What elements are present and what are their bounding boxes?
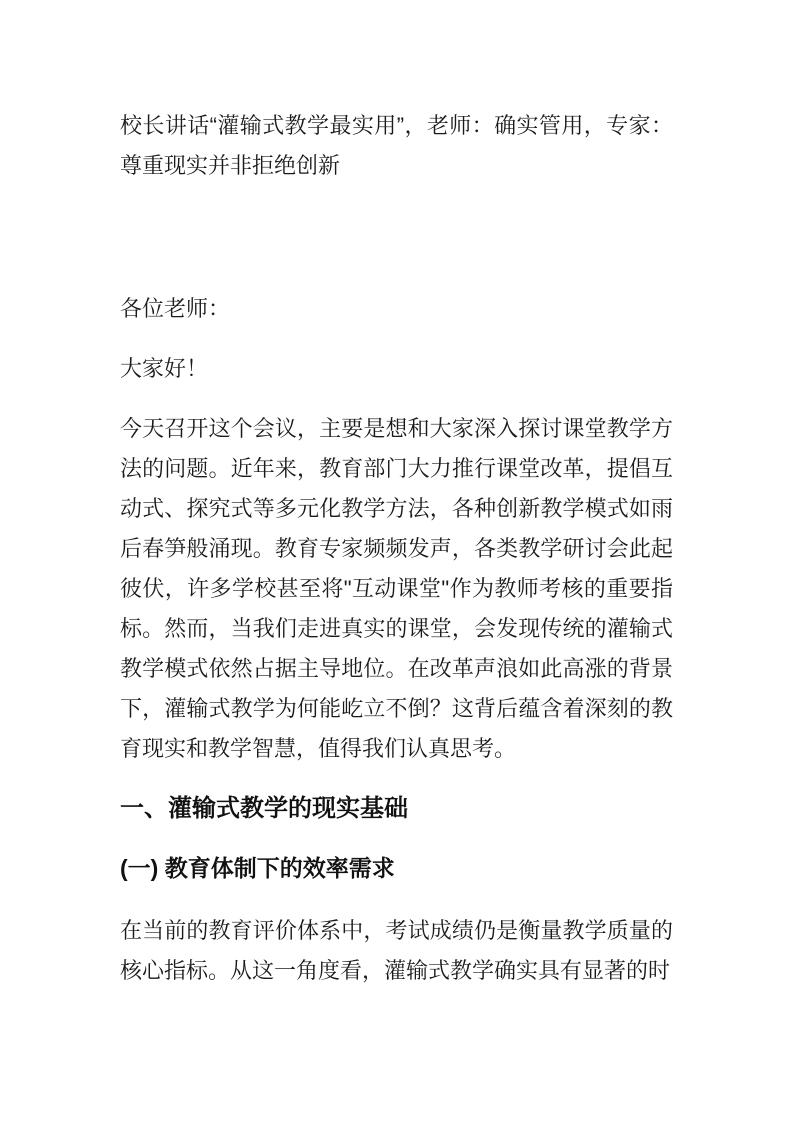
salutation-line: 各位老师：	[120, 289, 673, 329]
truncated-paragraph: 在当前的教育评价体系中，考试成绩仍是衡量教学质量的核心指标。从这一角度看，灌输式…	[120, 911, 673, 991]
section-heading-1: 一、灌输式教学的现实基础	[120, 789, 673, 829]
document-viewport: { "page": { "background_color": "#ffffff…	[0, 0, 793, 1122]
greeting-line: 大家好！	[120, 349, 673, 389]
document-page: 校长讲话“灌输式教学最实用”，老师：确实管用，专家：尊重现实并非拒绝创新 各位老…	[0, 0, 793, 1122]
document-title: 校长讲话“灌输式教学最实用”，老师：确实管用，专家：尊重现实并非拒绝创新	[120, 106, 673, 186]
subsection-heading-1-1: (一) 教育体制下的效率需求	[120, 848, 673, 888]
intro-paragraph: 今天召开这个会议，主要是想和大家深入探讨课堂教学方法的问题。近年来，教育部门大力…	[120, 409, 673, 769]
